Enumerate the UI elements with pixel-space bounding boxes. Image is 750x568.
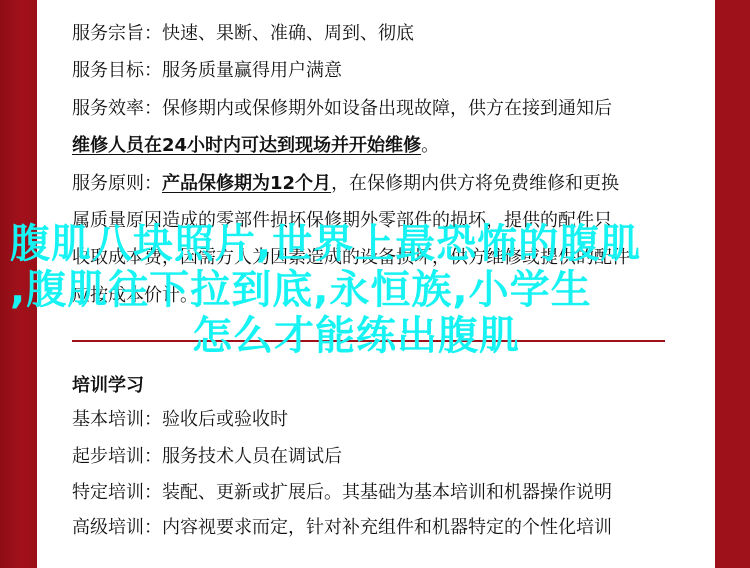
label: 服务目标： bbox=[72, 60, 162, 81]
right-accent-bar bbox=[715, 0, 750, 568]
value: 装配、更新或扩展后。其基础为基本培训和机器操作说明 bbox=[162, 482, 612, 503]
overlay-title-line-1: 腹肌八块照片,世界上最恐怖的腹肌 bbox=[10, 222, 641, 266]
label: 服务效率： bbox=[72, 98, 162, 119]
service-principle: 服务原则：产品保修期为12个月，在保修期内供方将免费维修和更换 bbox=[72, 172, 619, 196]
training-basic: 基本培训：验收后或验收时 bbox=[72, 408, 288, 432]
suffix: 。 bbox=[421, 135, 439, 156]
label: 特定培训： bbox=[72, 482, 162, 503]
overlay-title-line-2: ,腹肌往下拉到底,永恒族,小学生 bbox=[10, 268, 592, 312]
overlay-title-line-3: 怎么才能练出腹肌 bbox=[192, 314, 520, 358]
label: 基本培训： bbox=[72, 409, 162, 430]
training-starter: 起步培训：服务技术人员在调试后 bbox=[72, 445, 342, 469]
value: 服务质量赢得用户满意 bbox=[162, 60, 342, 81]
emphasis-text: 维修人员在24小时内可达到现场并开始维修 bbox=[72, 135, 421, 156]
value: 快速、果断、准确、周到、彻底 bbox=[162, 23, 414, 44]
training-title: 培训学习 bbox=[72, 374, 144, 398]
service-efficiency-cont: 维修人员在24小时内可达到现场并开始维修。 bbox=[72, 134, 439, 158]
label: 高级培训： bbox=[72, 517, 162, 538]
value: 验收后或验收时 bbox=[162, 409, 288, 430]
emphasis-text: 产品保修期为12个月 bbox=[162, 173, 331, 194]
value: 内容视要求而定，针对补充组件和机器特定的个性化培训 bbox=[162, 517, 612, 538]
value: 服务技术人员在调试后 bbox=[162, 446, 342, 467]
service-efficiency: 服务效率：保修期内或保修期外如设备出现故障，供方在接到通知后 bbox=[72, 97, 612, 121]
suffix: ，在保修期内供方将免费维修和更换 bbox=[331, 173, 619, 194]
label: 起步培训： bbox=[72, 446, 162, 467]
value: 保修期内或保修期外如设备出现故障，供方在接到通知后 bbox=[162, 98, 612, 119]
label: 服务原则： bbox=[72, 173, 162, 194]
service-purpose: 服务宗旨：快速、果断、准确、周到、彻底 bbox=[72, 22, 414, 46]
training-specific: 特定培训：装配、更新或扩展后。其基础为基本培训和机器操作说明 bbox=[72, 481, 612, 505]
label: 服务宗旨： bbox=[72, 23, 162, 44]
training-advanced: 高级培训：内容视要求而定，针对补充组件和机器特定的个性化培训 bbox=[72, 516, 612, 540]
service-goal: 服务目标：服务质量赢得用户满意 bbox=[72, 59, 342, 83]
